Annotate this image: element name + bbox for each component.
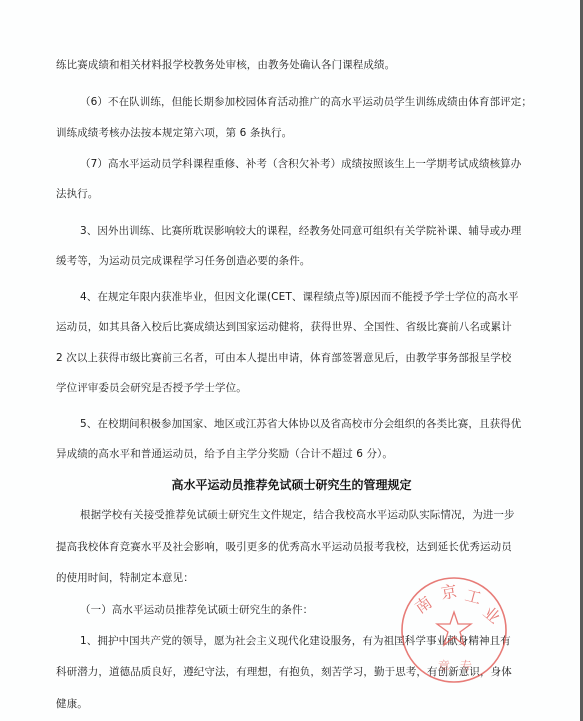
document-page: 练比赛成绩和相关材料报学校教务处审核，由教务处确认各门课程成绩。 （6）不在队训…: [0, 0, 583, 721]
paragraph-line: （7）高水平运动员学科课程重修、补考（含积欠补考）成绩按照该生上一学期考试成绩核…: [80, 157, 560, 171]
paragraph-line: 练比赛成绩和相关材料报学校教务处审核，由教务处确认各门课程成绩。: [56, 58, 536, 72]
paragraph-line: 学位评审委员会研究是否授予学士学位。: [56, 381, 536, 395]
paragraph-line: 1、拥护中国共产党的领导，愿为社会主义现代化建设服务，有为祖国科学事业献身精神且…: [80, 634, 560, 648]
paragraph-line: 4、在规定年限内获准毕业，但因文化课(CET、课程绩点等)原因而不能授予学士学位…: [80, 290, 560, 304]
paragraph-line: 根据学校有关接受推荐免试硕士研究生文件规定，结合我校高水平运动队实际情况，为进一…: [80, 508, 560, 522]
paragraph-line: 健康。: [56, 697, 536, 711]
paragraph-line: 2 次以上获得市级比赛前三名者，可由本人提出申请，体育部签署意见后，由教学事务部…: [56, 351, 536, 365]
paragraph-line: （一）高水平运动员推荐免试硕士研究生的条件：: [80, 603, 560, 617]
paragraph-line: 缓考等，为运动员完成课程学习任务创造必要的条件。: [56, 254, 536, 268]
paragraph-line: 5、在校期间积极参加国家、地区或江苏省大体协以及省高校市分会组织的各类比赛，且获…: [80, 417, 560, 431]
section-title: 高水平运动员推荐免试硕士研究生的管理规定: [0, 477, 583, 493]
paragraph-line: （6）不在队训练，但能长期参加校园体育活动推广的高水平运动员学生训练成绩由体育部…: [80, 95, 560, 109]
paragraph-line: 异成绩的高水平和普通运动员，给予自主学分奖励（合计不超过 6 分）。: [56, 447, 536, 461]
paragraph-line: 法执行。: [56, 187, 536, 201]
paragraph-line: 科研潜力，道德品质良好，遵纪守法，有理想，有抱负，刻苦学习，勤于思考，有创新意识…: [56, 665, 536, 679]
paragraph-line: 3、因外出训练、比赛所耽误影响较大的课程，经教务处同意可组织有关学院补课、辅导或…: [80, 224, 560, 238]
paragraph-line: 提高我校体育竞赛水平及社会影响，吸引更多的优秀高水平运动员报考我校，达到延长优秀…: [56, 540, 536, 554]
paragraph-line: 的使用时间，特制定本意见：: [56, 571, 536, 585]
paragraph-line: 运动员，如其具备入校后比赛成绩达到国家运动健将，获得世界、全国性、省级比赛前八名…: [56, 320, 536, 334]
paragraph-line: 训练成绩考核办法按本规定第六项，第 6 条执行。: [56, 126, 536, 140]
